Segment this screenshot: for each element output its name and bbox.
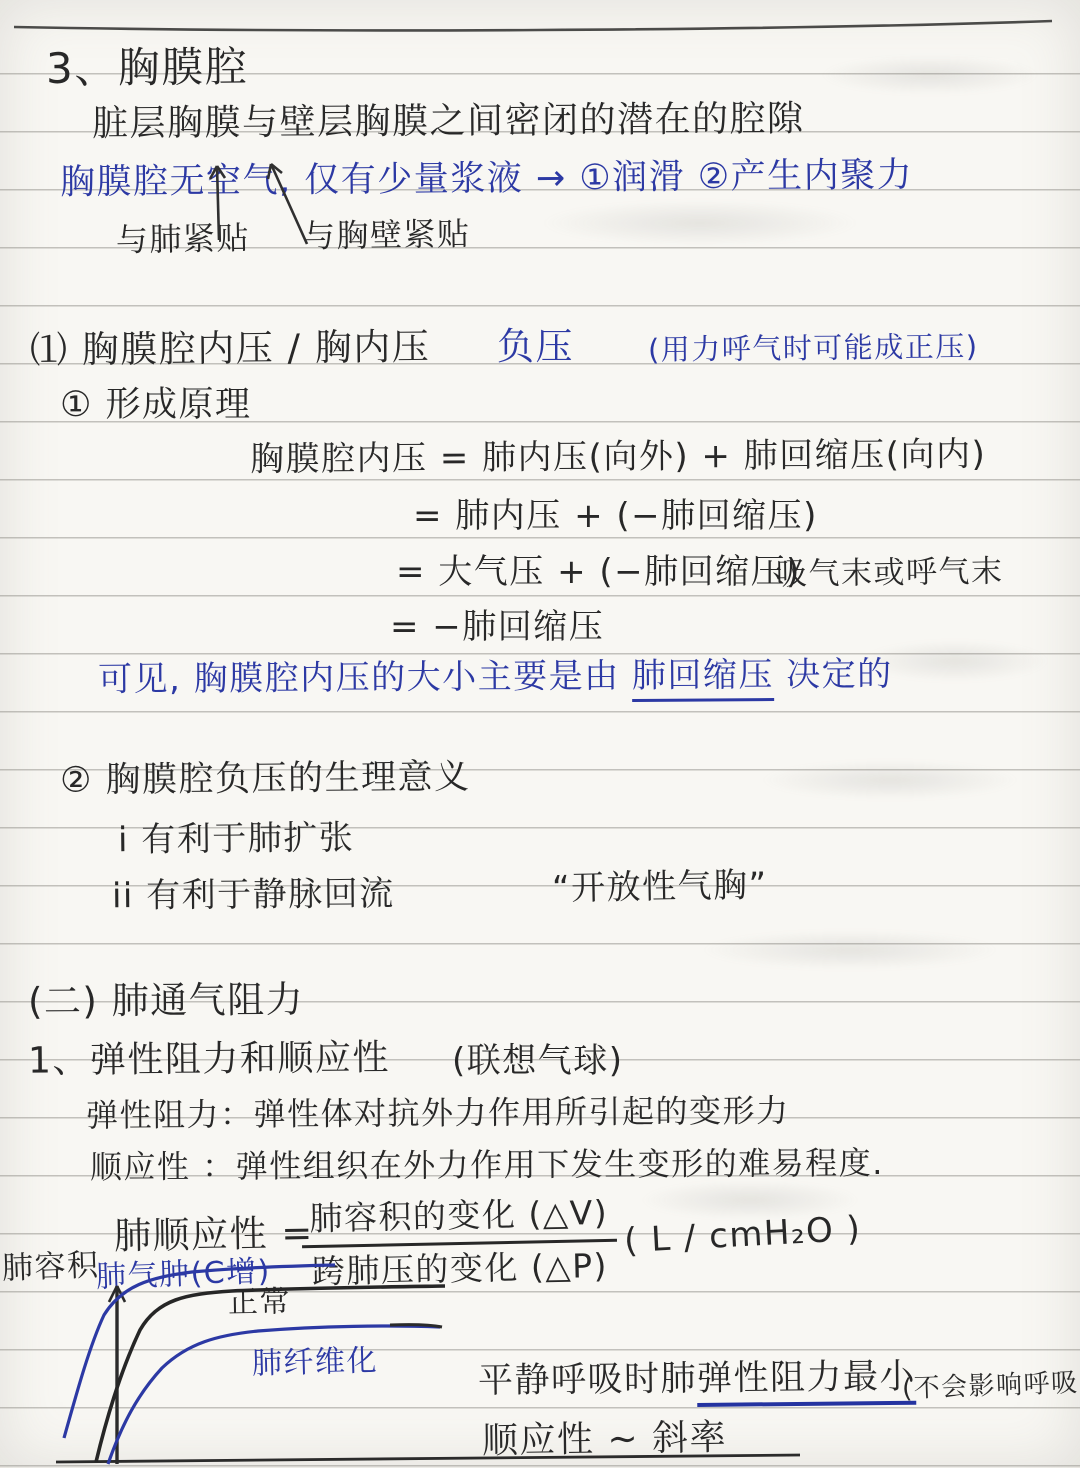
- resistance-heading: (二) 肺通气阻力: [28, 979, 304, 1022]
- section-title: 3、胸膜腔: [46, 43, 249, 92]
- graph-y-axis-label: 肺容积: [1, 1248, 100, 1286]
- conclusion-line: 可见, 胸膜腔内压的大小主要是由 肺回缩压 决定的: [98, 655, 893, 699]
- equation-3: = 大气压 + (−肺回缩压): [396, 553, 801, 591]
- equation-3-note: 吸气末或呼气末: [776, 554, 1004, 592]
- quiet-breathing-pre: 平静呼吸时肺: [478, 1359, 697, 1401]
- formula-unit: ( L / cmH₂O ): [623, 1210, 862, 1260]
- fraction-numerator: 肺容积的变化 (△V): [301, 1195, 617, 1249]
- compliance-fraction: 肺容积的变化 (△V) 跨肺压的变化 (△P): [301, 1195, 618, 1291]
- equation-1: 胸膜腔内压 = 肺内压(向外) + 肺回缩压(向内): [250, 435, 987, 478]
- definition-line: 脏层胸膜与壁层胸膜之间密闭的潜在的腔隙: [92, 100, 805, 145]
- elasticity-subheading: 1、弹性阻力和顺应性: [28, 1038, 390, 1081]
- bleed-through-mark: [700, 930, 1000, 970]
- bleed-through-mark: [540, 200, 860, 246]
- pressure-paren-note: (用力呼气时可能成正压): [648, 330, 979, 366]
- elastic-resistance-definition: 弹性阻力：弹性体对抗外力作用所引起的变形力: [86, 1094, 790, 1135]
- significance-item-1: i 有利于肺扩张: [118, 819, 355, 860]
- conclusion-post: 决定的: [774, 654, 893, 695]
- significance-item-2: ii 有利于静脉回流: [112, 875, 395, 916]
- annotation-cling-lung: 与肺紧贴: [116, 221, 251, 259]
- open-pneumothorax-quote: “开放性气胸”: [552, 866, 768, 908]
- pleural-fluid-note: 胸膜腔无空气, 仅有少量浆液 → ①润滑 ②产生内聚力: [60, 156, 914, 203]
- curve-label-normal: 正常: [228, 1285, 292, 1320]
- significance-heading: ② 胸膜腔负压的生理意义: [60, 758, 471, 801]
- quiet-breathing-note: 平静呼吸时肺弹性阻力最小: [478, 1358, 916, 1402]
- compliance-slope-note: 顺应性 ∼ 斜率: [482, 1418, 728, 1462]
- quiet-breathing-key: 弹性阻力最小: [697, 1357, 917, 1407]
- pressure-heading: ⑴ 胸膜腔内压 / 胸内压: [30, 326, 431, 371]
- bleed-through-mark: [820, 55, 1040, 95]
- conclusion-pre: 可见, 胸膜腔内压的大小主要是由: [98, 656, 632, 700]
- annotation-cling-chest-wall: 与胸壁紧贴: [303, 217, 471, 255]
- formula-lhs: 肺顺应性 =: [114, 1212, 314, 1257]
- top-edge-line: [14, 21, 1052, 30]
- fraction-denominator: 跨肺压的变化 (△P): [311, 1242, 608, 1291]
- balloon-note: (联想气球): [452, 1042, 624, 1080]
- conclusion-key-term: 肺回缩压: [632, 655, 774, 702]
- bleed-through-mark: [760, 760, 1020, 800]
- notebook-page: 3、胸膜腔 脏层胸膜与壁层胸膜之间密闭的潜在的腔隙 胸膜腔无空气, 仅有少量浆液…: [0, 0, 1080, 1468]
- compliance-definition: 顺应性 ：弹性组织在外力作用下发生变形的难易程度.: [90, 1146, 884, 1186]
- principle-heading: ① 形成原理: [60, 386, 252, 425]
- equation-2: = 肺内压 + (−肺回缩压): [413, 497, 818, 535]
- negative-pressure-label: 负压: [497, 326, 574, 367]
- equation-4: = −肺回缩压: [390, 608, 604, 646]
- quiet-breathing-paren: (不会影响呼吸): [902, 1369, 1080, 1405]
- curve-fibrosis-tail: [390, 1325, 442, 1327]
- curve-label-fibrosis: 肺纤维化: [252, 1344, 379, 1381]
